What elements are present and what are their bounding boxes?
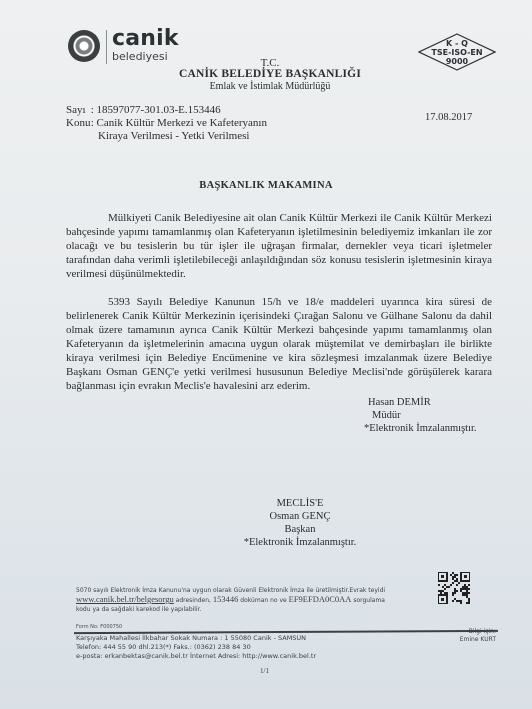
qr-code-icon: [438, 572, 470, 604]
verification-line-2: www.canik.bel.tr/belgesorgu adresinden, …: [76, 595, 406, 605]
contact-address-block: Karşıyaka Mahallesi İlkbahar Sokak Numar…: [76, 634, 316, 661]
page-number: 1/1: [260, 667, 269, 675]
address-line: Karşıyaka Mahallesi İlkbahar Sokak Numar…: [76, 634, 316, 643]
addressee-title: BAŞKANLIK MAKAMINA: [0, 180, 532, 191]
konu-row: Konu : Canik Kültür Merkezi ve Kafeterya…: [66, 117, 267, 129]
signature-block-manager: Hasan DEMİR Müdür *Elektronik İmzalanmış…: [368, 396, 477, 435]
verification-text-mid2: doküman no ve: [238, 597, 288, 604]
konu-value-line2: Kiraya Verilmesi - Yetki Verilmesi: [98, 130, 249, 142]
tse-iso-certification-badge: K - Q TSE-ISO-EN 9000: [418, 33, 496, 71]
konu-label: Konu: [66, 117, 88, 129]
signer-role: Müdür: [368, 409, 477, 422]
header-institution: CANİK BELEDİYE BAŞKANLIĞI: [150, 68, 390, 80]
form-number: Form No: F000750: [76, 624, 122, 630]
email-line: e-posta: erkanbektas@canik.bel.tr İntern…: [76, 652, 316, 661]
signer-name: Hasan DEMİR: [368, 396, 477, 409]
verification-text-end: sorgulama: [351, 597, 385, 604]
sayi-label: Sayı: [66, 104, 88, 116]
phone-line: Telefon: 444 55 90 dhl.213(*) Faks.: (03…: [76, 643, 316, 652]
logo-divider: [106, 30, 107, 64]
verification-text: 5070 sayılı Elektronik İmza Kanunu'na uy…: [76, 586, 406, 614]
sayi-value: : 18597077-301.03-E.153446: [91, 104, 221, 116]
header-department: Emlak ve İstimlak Müdürlüğü: [150, 81, 390, 92]
e-signature-note: *Elektronik İmzalanmıştır.: [364, 422, 477, 435]
badge-line-3: 9000: [418, 57, 496, 66]
info-name: Emine KURT: [440, 636, 496, 644]
verification-link[interactable]: www.canik.bel.tr/belgesorgu: [76, 594, 174, 604]
mayor-name: Osman GENÇ: [200, 510, 400, 523]
badge-line-2: TSE-ISO-EN: [418, 48, 496, 57]
sayi-row: Sayı : 18597077-301.03-E.153446: [66, 104, 221, 116]
info-label: Bilgi için:: [440, 628, 496, 636]
e-signature-note: *Elektronik İmzalanmıştır.: [200, 536, 400, 549]
info-contact: Bilgi için: Emine KURT: [440, 628, 496, 644]
signature-block-mayor: MECLİS'E Osman GENÇ Başkan *Elektronik İ…: [200, 497, 400, 549]
logo-name: canik: [112, 26, 179, 51]
verification-text-mid: adresinden,: [174, 597, 213, 604]
document-number: 153446: [213, 594, 239, 604]
mayor-role: Başkan: [200, 523, 400, 536]
badge-line-1: K - Q: [418, 39, 496, 48]
body-paragraph-1: Mülkiyeti Canik Belediyesine ait olan Ca…: [66, 211, 492, 281]
document-date: 17.08.2017: [425, 112, 472, 123]
konu-value-line1: : Canik Kültür Merkezi ve Kafeteryanın: [91, 117, 267, 129]
recipient-council: MECLİS'E: [200, 497, 400, 510]
verification-line-3: kodu ya da sağdaki karekod ile yapılabil…: [76, 605, 406, 614]
canik-logo-icon: [68, 30, 100, 62]
verification-code: EF9EFDA0C0AA: [289, 594, 352, 604]
body-paragraph-2: 5393 Sayılı Belediye Kanunun 15/h ve 18/…: [66, 295, 492, 393]
